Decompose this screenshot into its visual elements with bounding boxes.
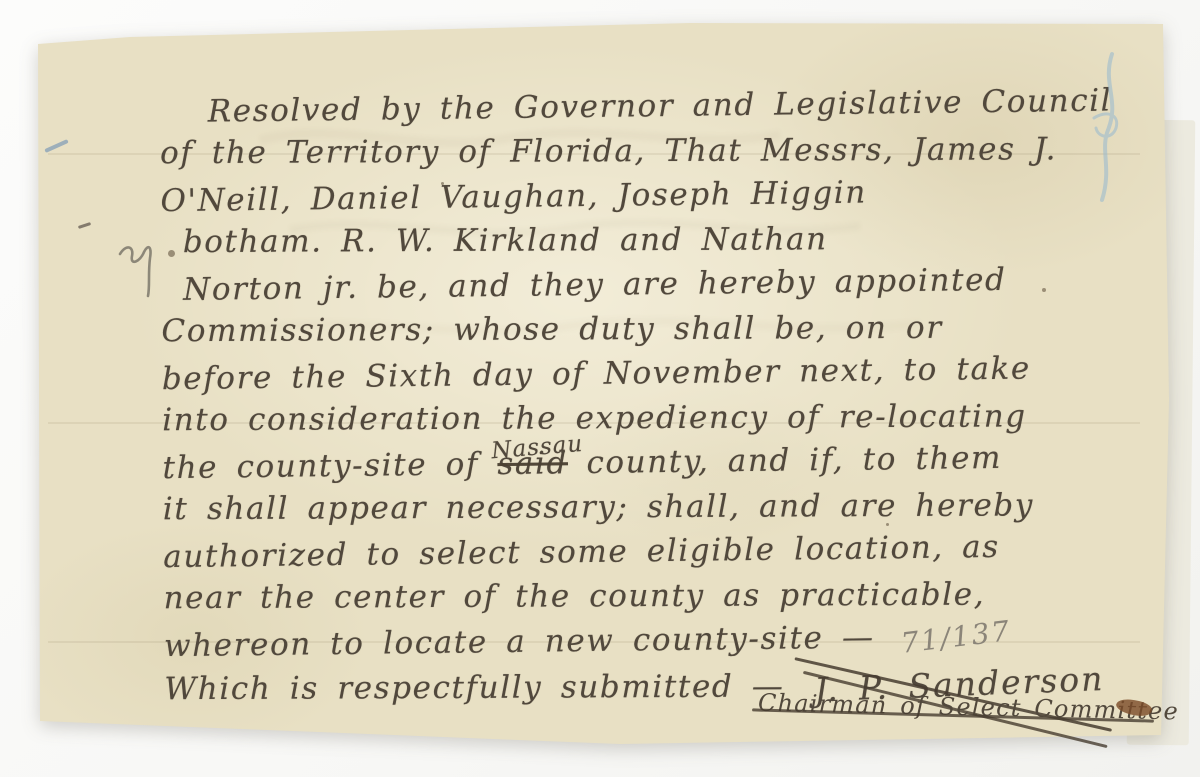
manuscript-line: O'Neill, Daniel Vaughan, Joseph Higgin xyxy=(160,167,1170,224)
manuscript-line: Norton jr. be, and they are hereby appoi… xyxy=(161,256,1171,313)
pencil-squiggle-mark xyxy=(112,232,164,298)
archival-page-number: 71/137 xyxy=(898,609,1013,666)
photo-stage: Resolved by the Governor and Legislative… xyxy=(0,0,1200,777)
relocation-pre-text: the county-site of xyxy=(162,446,497,486)
site-line-text: whereon to locate a new county-site — xyxy=(164,619,875,664)
manuscript-line: before the Sixth day of November next, t… xyxy=(162,345,1172,402)
manuscript-line-relocation: the county-site of Nassausaid county, an… xyxy=(162,434,1172,491)
correction-group: Nassausaid xyxy=(497,441,568,486)
submission-text: Which is respectfully submitted — xyxy=(164,668,784,707)
blue-annotation-mark xyxy=(1072,48,1142,208)
manuscript-line: Resolved by the Governor and Legislative… xyxy=(159,78,1169,135)
manuscript-line: authorized to select some eligible locat… xyxy=(163,523,1173,580)
manuscript-text-block: Resolved by the Governor and Legislative… xyxy=(160,80,1175,713)
relocation-post-text: county, and if, to them xyxy=(568,440,1002,481)
